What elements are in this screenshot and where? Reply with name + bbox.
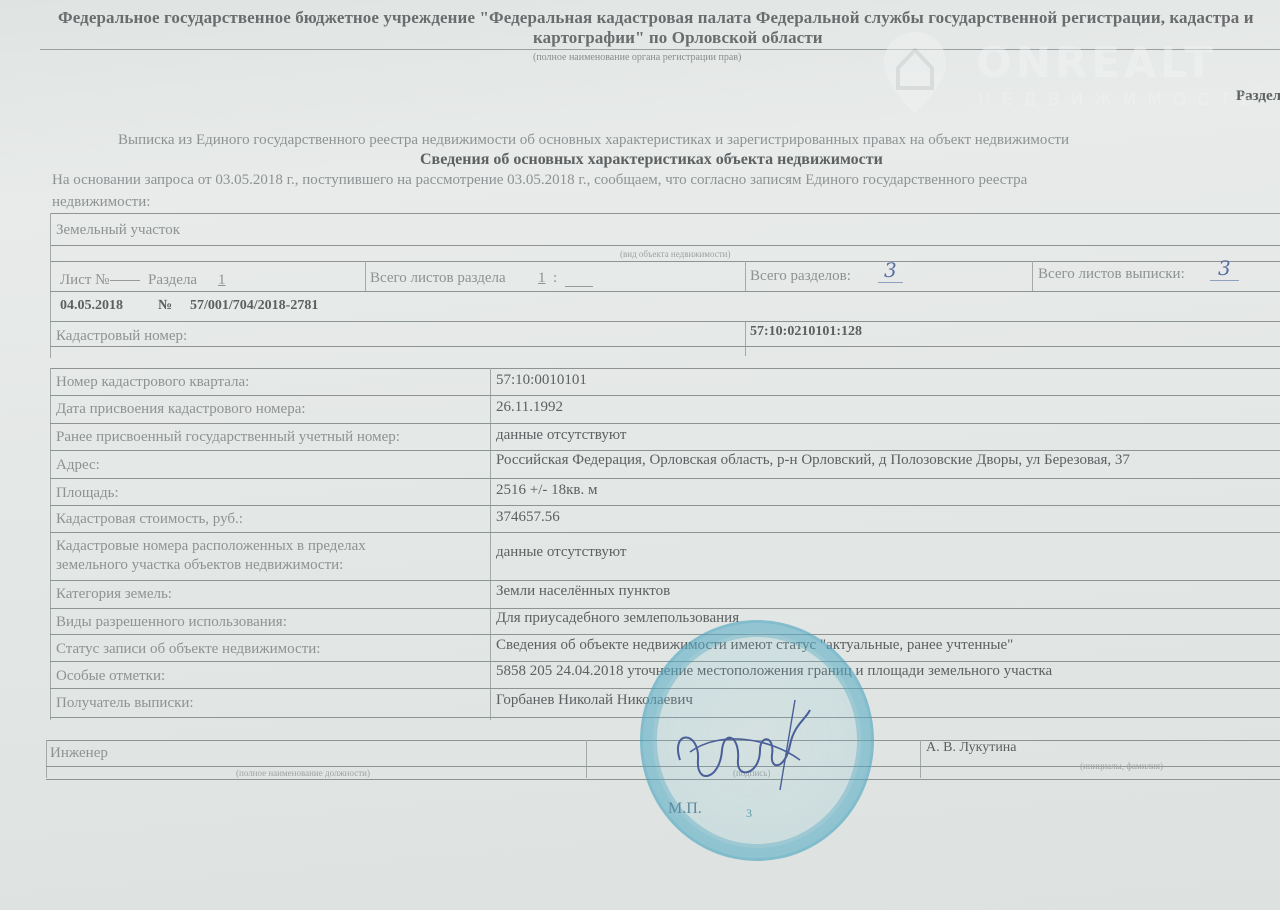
cadastral-number: 57:10:0210101:128 [750, 324, 862, 340]
property-value: Российская Федерация, Орловская область,… [496, 452, 1130, 469]
property-value: Для приусадебного землепользования [496, 610, 739, 627]
property-value: данные отсутствуют [496, 544, 626, 561]
stamp-number: 3 [746, 806, 752, 821]
signer-name: А. В. Лукутина [926, 740, 1017, 756]
house-pin-icon [880, 28, 950, 118]
stamp-label: М.П. [668, 800, 702, 818]
organization-name-line1: Федеральное государственное бюджетное уч… [58, 8, 1254, 28]
watermark-brand: ONREALT [976, 38, 1217, 87]
property-label: Дата присвоения кадастрового номера: [56, 401, 306, 418]
property-label: Виды разрешенного использования: [56, 614, 287, 631]
total-sections-label: Всего разделов: [750, 268, 851, 285]
object-type-caption: (вид объекта недвижимости) [620, 249, 730, 259]
property-label: Особые отметки: [56, 668, 165, 685]
total-section-sheets-value: 1 [538, 270, 546, 287]
property-value: данные отсутствуют [496, 427, 626, 444]
object-type: Земельный участок [56, 222, 180, 239]
property-label: Адрес: [56, 457, 100, 474]
document-page: Федеральное государственное бюджетное уч… [0, 0, 1280, 910]
property-value: 26.11.1992 [496, 399, 563, 416]
name-caption: (инициалы, фамилия) [1080, 761, 1163, 771]
property-value: 57:10:0010101 [496, 372, 587, 389]
property-label: Кадастровые номера расположенных в преде… [56, 538, 366, 555]
total-extract-sheets-value: 3 [1210, 256, 1239, 281]
total-section-sheets-blank [565, 286, 593, 287]
property-label: Категория земель: [56, 586, 172, 603]
extract-date: 04.05.2018 [60, 298, 123, 314]
property-label: Кадастровая стоимость, руб.: [56, 511, 243, 528]
position-caption: (полное наименование должности) [236, 768, 370, 778]
property-label: Ранее присвоенный государственный учетны… [56, 429, 400, 446]
extract-number-label: № [158, 298, 172, 314]
property-label: Номер кадастрового квартала: [56, 374, 249, 391]
sheet-number-label: Лист № [60, 272, 109, 289]
organization-caption: (полное наименование органа регистрации … [533, 52, 741, 63]
property-label-line2: земельного участка объектов недвижимости… [56, 557, 343, 574]
basis-text-line1: На основании запроса от 03.05.2018 г., п… [52, 172, 1027, 189]
extract-number: 57/001/704/2018-2781 [190, 298, 318, 314]
signer-position: Инженер [50, 745, 108, 762]
handwritten-signature-icon [660, 690, 830, 800]
property-value: Земли населённых пунктов [496, 583, 670, 600]
organization-name-line2: картографии" по Орловской области [533, 28, 823, 48]
property-label: Площадь: [56, 485, 119, 502]
section-title: Сведения об основных характеристиках объ… [420, 151, 883, 169]
section-number-value: 1 [218, 272, 226, 289]
extract-title: Выписка из Единого государственного реес… [118, 132, 1069, 149]
watermark: ONREALT НЕДВИЖИМОСТЬ [880, 28, 1240, 118]
sheet-number-blank [110, 280, 140, 281]
watermark-subtitle: НЕДВИЖИМОСТЬ [978, 90, 1264, 110]
property-value: 374657.56 [496, 509, 560, 526]
total-sections-value: 3 [878, 258, 903, 283]
total-section-sheets-label: Всего листов раздела [370, 270, 506, 287]
cadastral-number-label: Кадастровый номер: [56, 328, 187, 345]
section-number-label: Раздела [148, 272, 197, 289]
property-label: Получатель выписки: [56, 695, 194, 712]
property-label: Статус записи об объекте недвижимости: [56, 641, 320, 658]
basis-text-line2: недвижимости: [52, 194, 150, 211]
property-value: 2516 +/- 18кв. м [496, 482, 597, 499]
total-extract-sheets-label: Всего листов выписки: [1038, 266, 1185, 283]
